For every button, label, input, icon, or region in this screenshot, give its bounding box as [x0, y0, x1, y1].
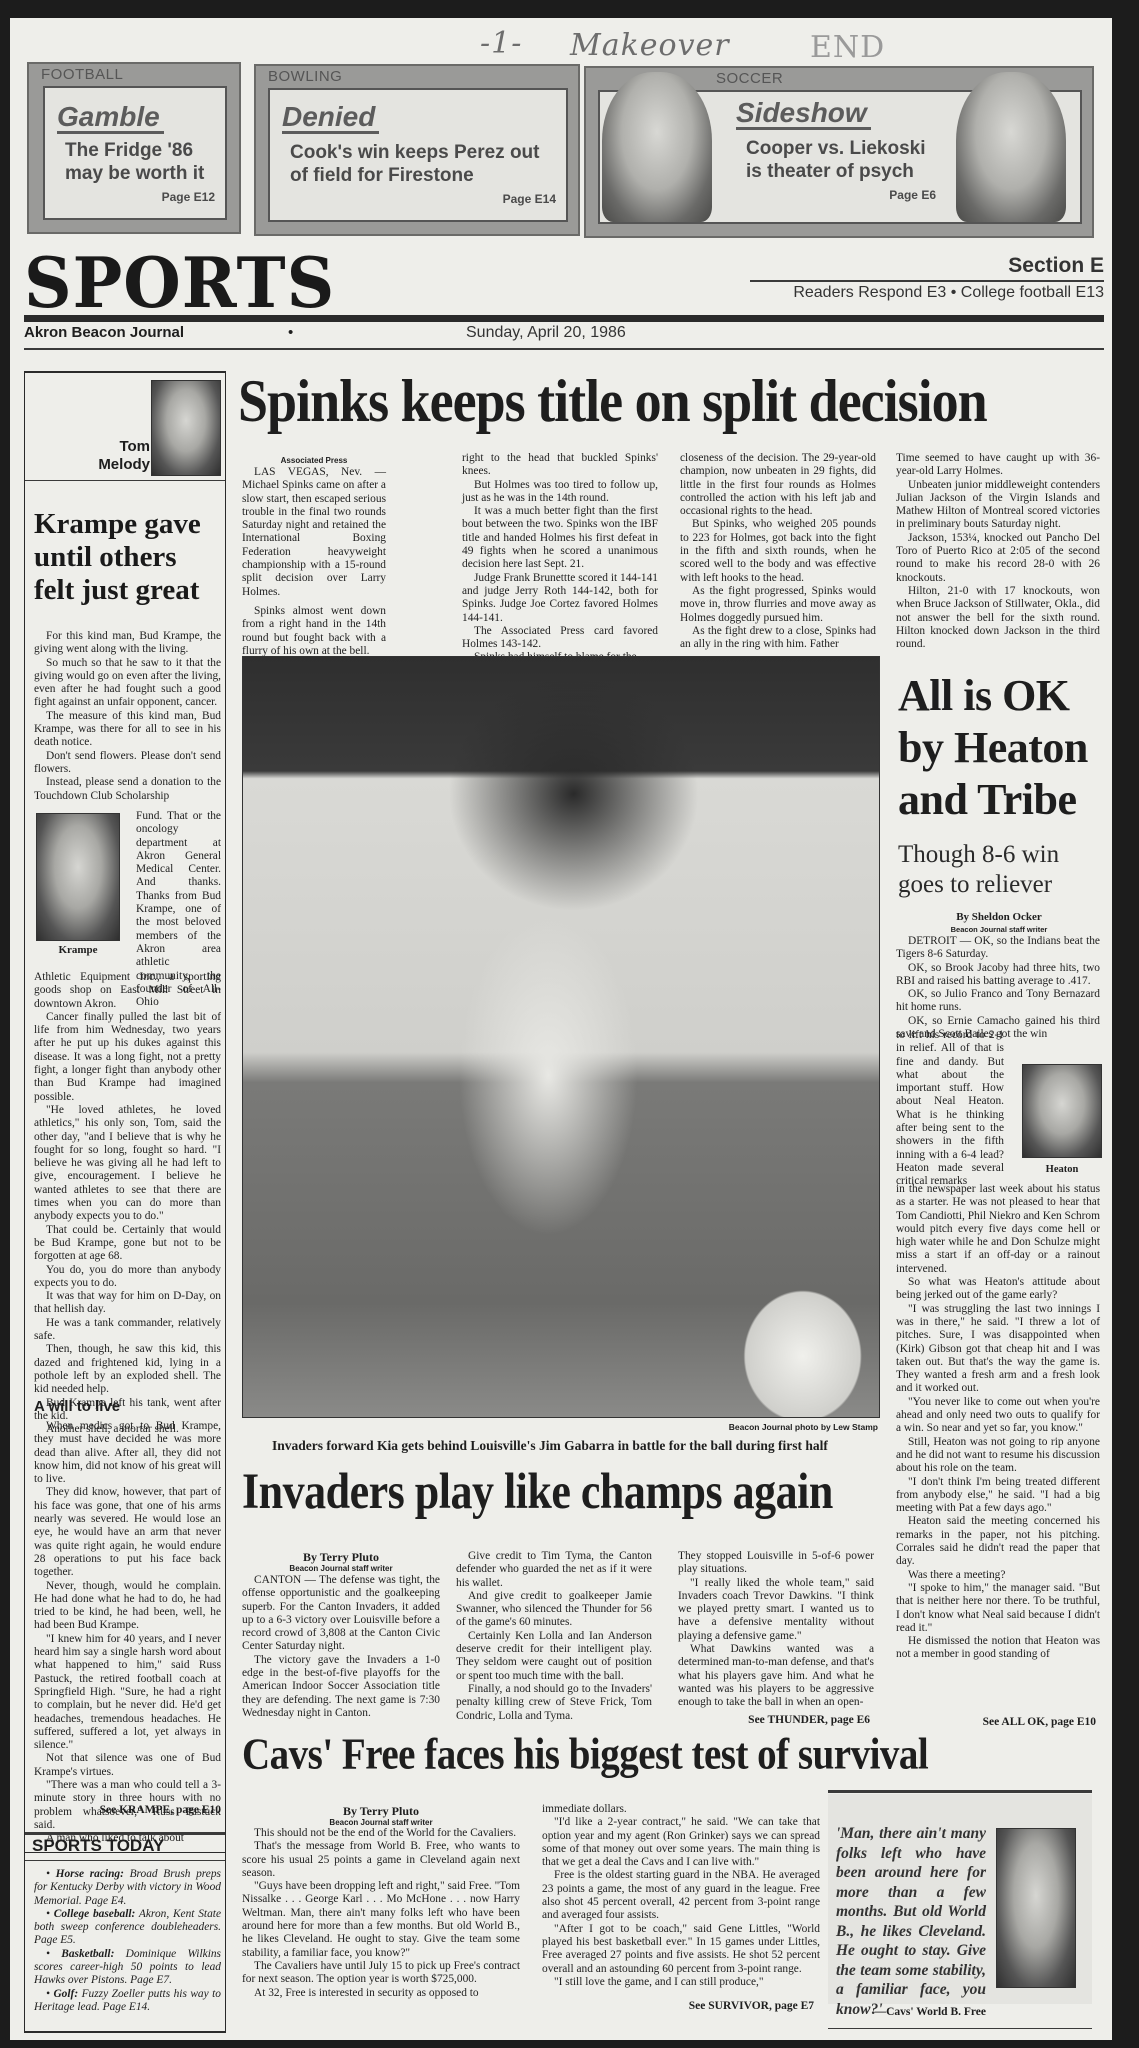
heaton-photo — [1022, 1064, 1102, 1158]
photo-credit: Beacon Journal photo by Lew Stamp — [630, 1422, 878, 1432]
issue-date: Sunday, April 20, 1986 — [466, 324, 626, 342]
photo-caption: Invaders forward Kia gets behind Louisvi… — [272, 1438, 882, 1454]
invaders-jump-link[interactable]: See THUNDER, page E6 — [678, 1714, 870, 1726]
promo-kicker: SOCCER — [716, 70, 783, 87]
newspaper-page: -1- Makeover END FOOTBALL Gamble The Fri… — [10, 18, 1112, 2040]
heaton-byline: By Sheldon Ocker — [896, 911, 1102, 923]
heaton-photo-caption: Heaton — [1022, 1164, 1102, 1175]
spinks-col-4: Time seemed to have caught up with 36-ye… — [896, 452, 1100, 651]
invaders-headline[interactable]: Invaders play like champs again — [242, 1462, 833, 1521]
cavs-byline: By Terry Pluto — [242, 1804, 520, 1819]
invaders-col-1: CANTON — The defense was tight, the offe… — [242, 1574, 440, 1720]
cavs-headline[interactable]: Cavs' Free faces his biggest test of sur… — [242, 1728, 928, 1780]
heaton-headline[interactable]: All is OK by Heaton and Tribe — [898, 670, 1108, 826]
promo-soccer[interactable]: SOCCER Sideshow Cooper vs. Liekoski is t… — [584, 66, 1094, 238]
spinks-wire-credit: Associated Press — [242, 456, 386, 465]
promo-page-ref: Page E6 — [736, 188, 936, 202]
cavs-byline-title: Beacon Journal staff writer — [242, 1818, 520, 1827]
columnist-name: Tom Melody — [38, 438, 150, 474]
cavs-jump-link[interactable]: See SURVIVOR, page E7 — [542, 2000, 814, 2012]
column-body-mid: Athletic Equipment Inc., a sporting good… — [34, 971, 221, 1436]
promo-dek: The Fridge '86 may be worth it — [57, 140, 215, 186]
cavs-col-1: This should not be the end of the World … — [242, 1827, 520, 2000]
invaders-byline: By Terry Pluto — [242, 1550, 440, 1565]
krampe-photo-caption: Krampe — [36, 944, 120, 956]
promo-kicker: FOOTBALL — [41, 66, 123, 83]
heaton-body-top: DETROIT — OK, so the Indians beat the Ti… — [896, 935, 1100, 1041]
heaton-wrap-text: to lift his record to 2-1 in relief. All… — [896, 1029, 1004, 1189]
masthead-bullet: • — [288, 324, 293, 341]
promo-dek: Cook's win keeps Perez out of field for … — [282, 142, 556, 188]
cavs-col-2: immediate dollars. "I'd like a 2-year co… — [542, 1803, 820, 1989]
handwritten-page-mark: -1- — [480, 26, 522, 61]
column-jump-link[interactable]: See KRAMPE, page E10 — [34, 1804, 221, 1816]
photo-liekoski — [956, 72, 1066, 222]
promo-page-ref: Page E12 — [57, 190, 215, 204]
heaton-subhead: Though 8-6 win goes to reliever — [898, 840, 1108, 900]
spinks-col-2: right to the head that buckled Spinks' k… — [462, 452, 658, 665]
spinks-col-3: closeness of the decision. The 29-year-o… — [680, 452, 876, 651]
world-b-free-photo — [996, 1828, 1076, 1988]
promo-football[interactable]: FOOTBALL Gamble The Fridge '86 may be wo… — [27, 62, 241, 234]
handwritten-end-mark: END — [810, 30, 885, 65]
pullquote-attribution: —Cavs' World B. Free — [836, 2006, 986, 2018]
masthead-rule — [24, 315, 1104, 322]
promo-headline: Gamble — [57, 102, 164, 134]
column-subhead: A will to live — [34, 1398, 120, 1415]
section-teasers[interactable]: Readers Respond E3 • College football E1… — [750, 284, 1104, 302]
promo-headline: Denied — [282, 102, 379, 134]
heaton-byline-title: Beacon Journal staff writer — [896, 925, 1102, 934]
promo-page-ref: Page E14 — [282, 192, 556, 206]
paper-name: Akron Beacon Journal — [24, 324, 184, 341]
section-label: Section E — [750, 254, 1104, 278]
columnist-photo — [151, 380, 221, 476]
krampe-photo — [36, 813, 120, 941]
heaton-body-bottom: in the newspaper last week about his sta… — [896, 1183, 1100, 1662]
promo-kicker: BOWLING — [268, 68, 342, 85]
invaders-byline-title: Beacon Journal staff writer — [242, 1564, 440, 1573]
invaders-col-3: They stopped Louisville in 5-of-6 power … — [678, 1550, 874, 1710]
pullquote-text: 'Man, there ain't many folks left who ha… — [836, 1824, 986, 2019]
spinks-headline[interactable]: Spinks keeps title on split decision — [238, 366, 987, 435]
handwritten-note: Makeover — [570, 28, 730, 63]
promo-dek: Cooper vs. Liekoski is theater of psych — [736, 138, 936, 184]
column-body-top: For this kind man, Bud Krampe, the givin… — [34, 630, 221, 803]
soccer-action-photo[interactable] — [242, 656, 880, 1418]
section-title: SPORTS — [24, 242, 335, 324]
invaders-col-2: Give credit to Tim Tyma, the Canton defe… — [456, 1550, 652, 1723]
column-body-bottom: When medics got to Bud Krampe, they must… — [34, 1420, 221, 1846]
photo-cooper — [602, 72, 712, 222]
heaton-jump-link[interactable]: See ALL OK, page E10 — [896, 1716, 1096, 1728]
promo-headline: Sideshow — [736, 98, 871, 130]
column-headline[interactable]: Krampe gave until others felt just great — [34, 508, 224, 607]
promo-bowling[interactable]: BOWLING Denied Cook's win keeps Perez ou… — [254, 64, 580, 236]
